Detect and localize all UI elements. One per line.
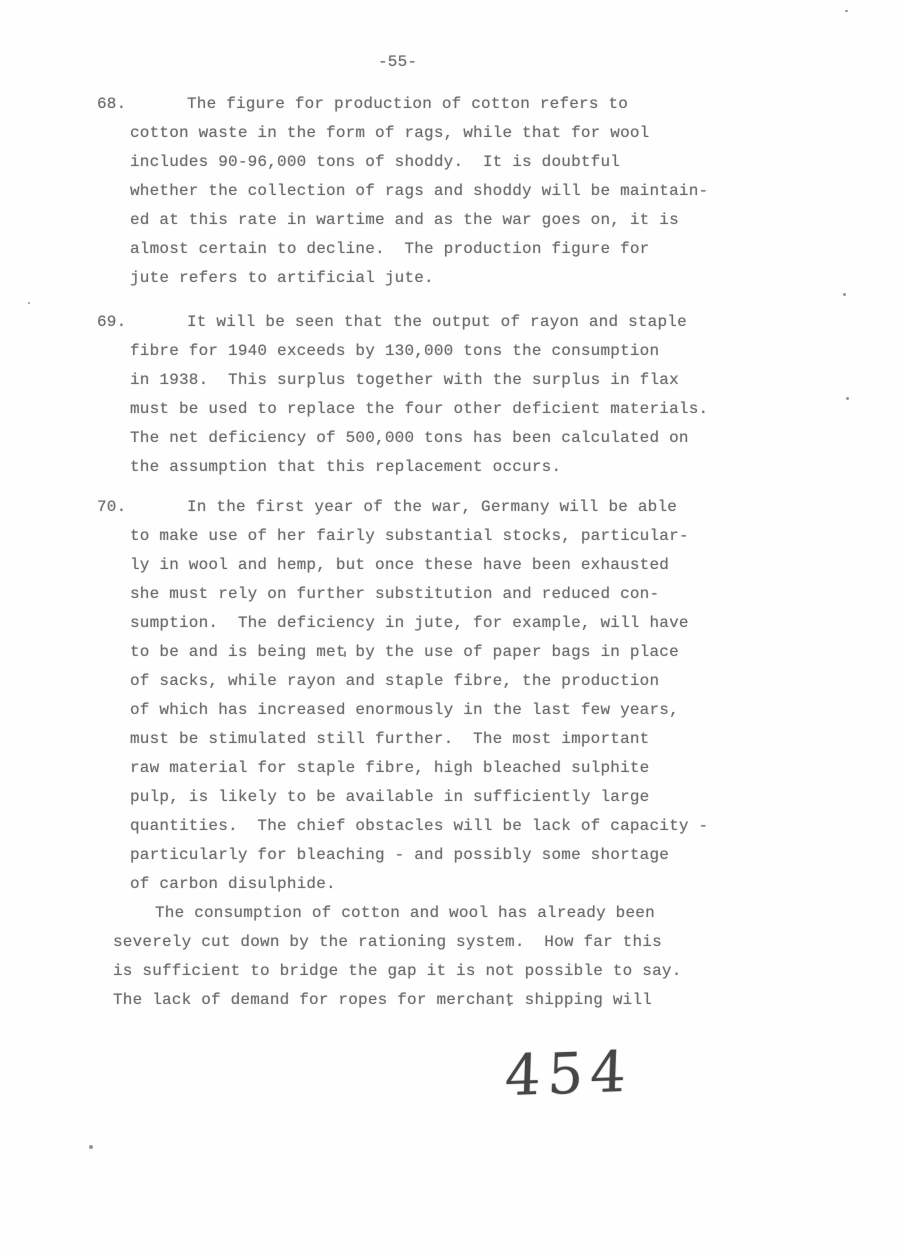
paragraph-69-text: It will be seen that the output of rayon… [130,308,795,482]
scan-speck [344,651,346,657]
scan-speck [843,293,846,296]
scan-speck [28,302,30,304]
paragraph-70-text: In the first year of the war, Germany wi… [130,493,795,899]
continuation-paragraph-text: The consumption of cotton and wool has a… [113,899,793,1015]
continuation-paragraph: The consumption of cotton and wool has a… [113,899,793,1015]
scan-speck [508,1003,511,1006]
scan-speck [89,1145,93,1149]
paragraph-70: 70. In the first year of the war, German… [130,493,795,899]
paragraph-69-number: 69. [97,308,126,337]
paragraph-70-number: 70. [97,493,126,522]
typed-text-layer: -55- 68. The figure for production of co… [0,0,900,1254]
paragraph-68: 68. The figure for production of cotton … [130,90,795,293]
paragraph-69: 69. It will be seen that the output of r… [130,308,795,482]
scan-speck [846,397,849,400]
handwritten-annotation: 454 [504,1040,634,1110]
scan-speck [845,10,848,12]
paragraph-68-text: The figure for production of cotton refe… [130,90,795,293]
paragraph-68-number: 68. [97,90,126,119]
page-number: -55- [378,48,438,77]
scanned-document-page: -55- 68. The figure for production of co… [0,0,900,1254]
